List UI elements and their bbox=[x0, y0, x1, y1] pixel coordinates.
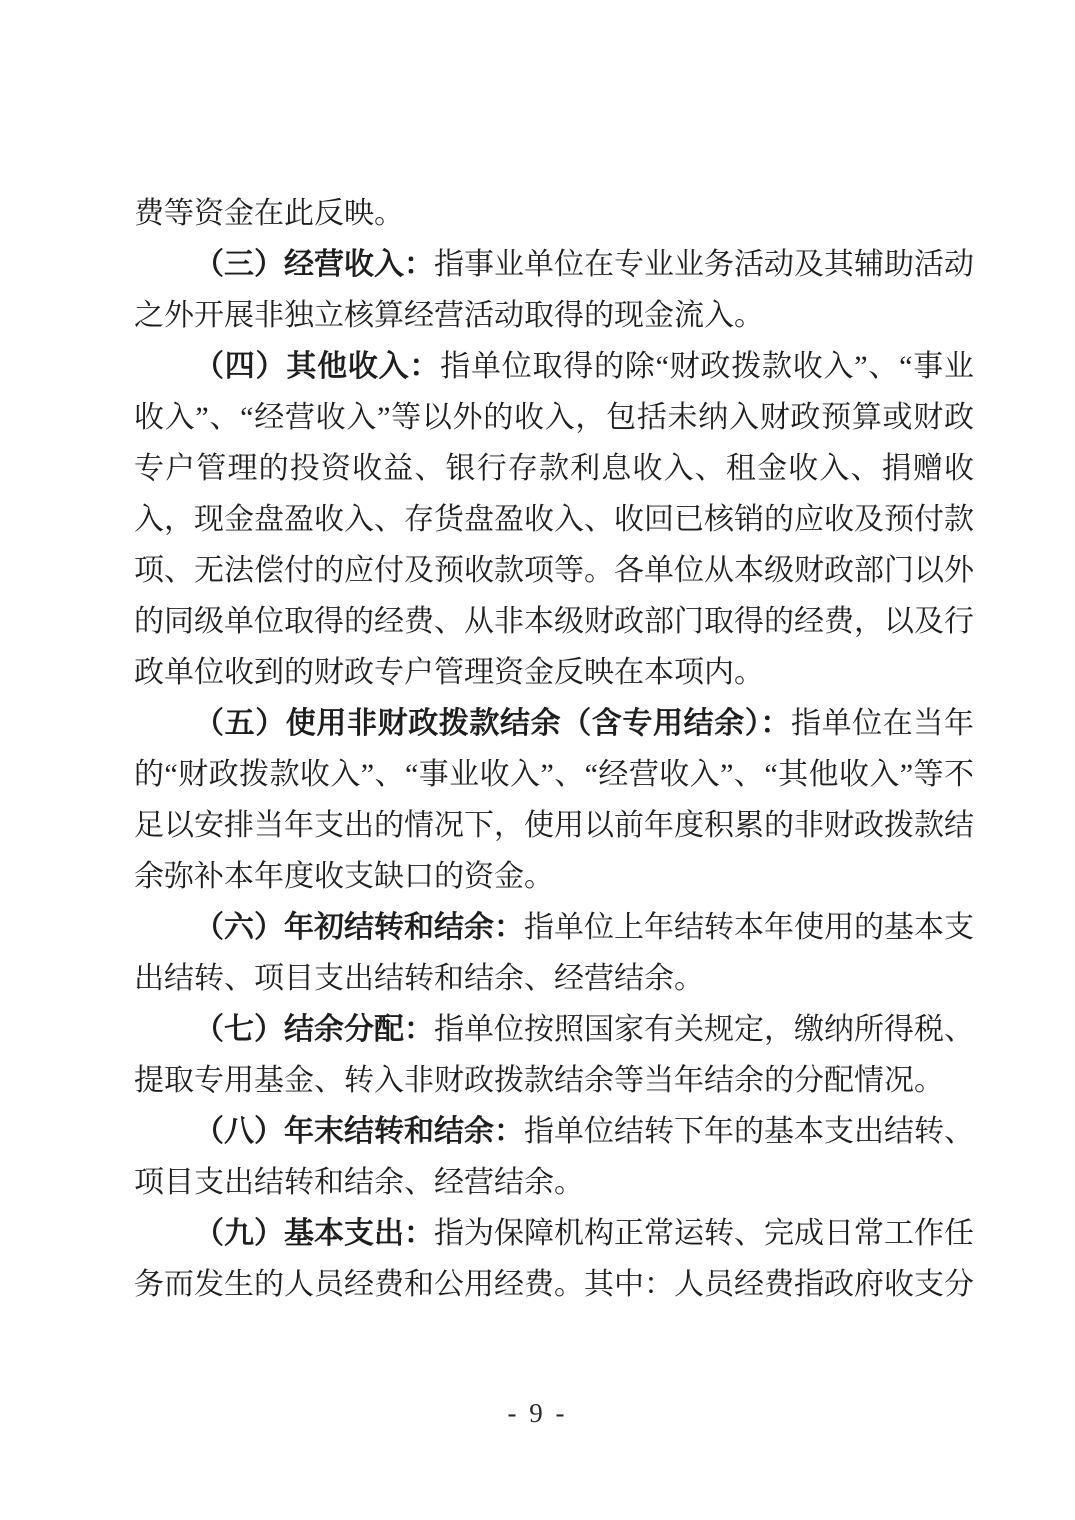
paragraph-lead: （四）其他收入： bbox=[194, 350, 440, 383]
paragraph-continuation: 费等资金在此反映。 bbox=[134, 188, 974, 239]
paragraph-lead: （七）结余分配： bbox=[194, 1013, 434, 1046]
paragraph-lead: （三）经营收入： bbox=[194, 248, 434, 281]
paragraph-item-3: （三）经营收入：指事业单位在专业业务活动及其辅助活动之外开展非独立核算经营活动取… bbox=[134, 239, 974, 341]
paragraph-text: 费等资金在此反映。 bbox=[134, 197, 404, 230]
paragraph-lead: （八）年末结转和结余： bbox=[194, 1115, 524, 1148]
paragraph-item-4: （四）其他收入：指单位取得的除“财政拨款收入”、“事业收入”、“经营收入”等以外… bbox=[134, 341, 974, 698]
paragraph-text: 指单位取得的除“财政拨款收入”、“事业收入”、“经营收入”等以外的收入，包括未纳… bbox=[134, 350, 974, 689]
paragraph-lead: （九）基本支出： bbox=[194, 1217, 434, 1250]
page-footer: - 9 - bbox=[0, 1398, 1075, 1429]
paragraph-lead: （六）年初结转和结余： bbox=[194, 911, 524, 944]
paragraph-item-9: （九）基本支出：指为保障机构正常运转、完成日常工作任务而发生的人员经费和公用经费… bbox=[134, 1208, 974, 1310]
paragraph-item-6: （六）年初结转和结余：指单位上年结转本年使用的基本支出结转、项目支出结转和结余、… bbox=[134, 902, 974, 1004]
document-page: 费等资金在此反映。 （三）经营收入：指事业单位在专业业务活动及其辅助活动之外开展… bbox=[0, 0, 1075, 1520]
page-number: - 9 - bbox=[508, 1398, 568, 1428]
paragraph-item-5: （五）使用非财政拨款结余（含专用结余）：指单位在当年的“财政拨款收入”、“事业收… bbox=[134, 698, 974, 902]
paragraph-lead: （五）使用非财政拨款结余（含专用结余）： bbox=[194, 707, 791, 740]
paragraph-item-7: （七）结余分配：指单位按照国家有关规定，缴纳所得税、提取专用基金、转入非财政拨款… bbox=[134, 1004, 974, 1106]
document-body: 费等资金在此反映。 （三）经营收入：指事业单位在专业业务活动及其辅助活动之外开展… bbox=[134, 188, 974, 1310]
paragraph-item-8: （八）年末结转和结余：指单位结转下年的基本支出结转、项目支出结转和结余、经营结余… bbox=[134, 1106, 974, 1208]
